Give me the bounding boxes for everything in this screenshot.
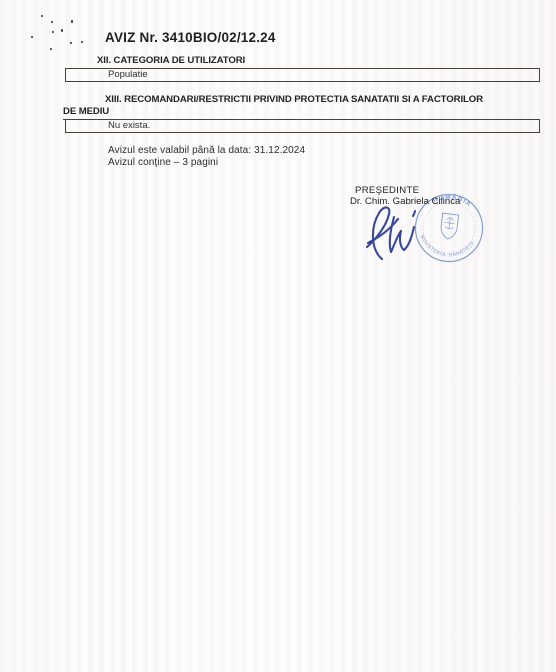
section-xii-value: Populatie: [108, 69, 148, 80]
scan-speck: [50, 48, 52, 50]
section-xiii-heading-line2: DE MEDIU: [63, 106, 497, 120]
scanned-document-page: AVIZ Nr. 3410BIO/02/12.24 XII. CATEGORIA…: [0, 0, 556, 672]
section-xiii-value: Nu exista.: [108, 120, 150, 131]
validity-block: Avizul este valabil până la data: 31.12.…: [108, 145, 305, 168]
section-xiii-heading-line1: XIII. RECOMANDARI/RESTRICTII PRIVIND PRO…: [105, 94, 483, 105]
scan-speck: [51, 21, 53, 23]
signature-icon: [358, 202, 430, 266]
scan-speck: [52, 31, 54, 33]
validity-date-line: Avizul este valabil până la data: 31.12.…: [108, 145, 305, 157]
coat-of-arms-icon: [440, 213, 459, 240]
scan-speck: [31, 36, 33, 38]
president-role-label: PREŞEDINTE: [355, 186, 460, 197]
scan-speck: [71, 20, 73, 23]
document-title: AVIZ Nr. 3410BIO/02/12.24: [105, 30, 276, 45]
scan-speck: [61, 29, 63, 32]
handwritten-signature: [358, 202, 430, 266]
scan-speck: [70, 42, 72, 44]
page-count-line: Avizul conţine – 3 pagini: [108, 157, 305, 169]
section-xiii-value-box: Nu exista.: [65, 119, 540, 133]
section-xii-heading: XII. CATEGORIA DE UTILIZATORI: [97, 55, 497, 69]
section-xii-value-box: Populatie: [65, 68, 540, 82]
scan-speck: [81, 41, 83, 43]
scan-speck: [41, 15, 43, 17]
